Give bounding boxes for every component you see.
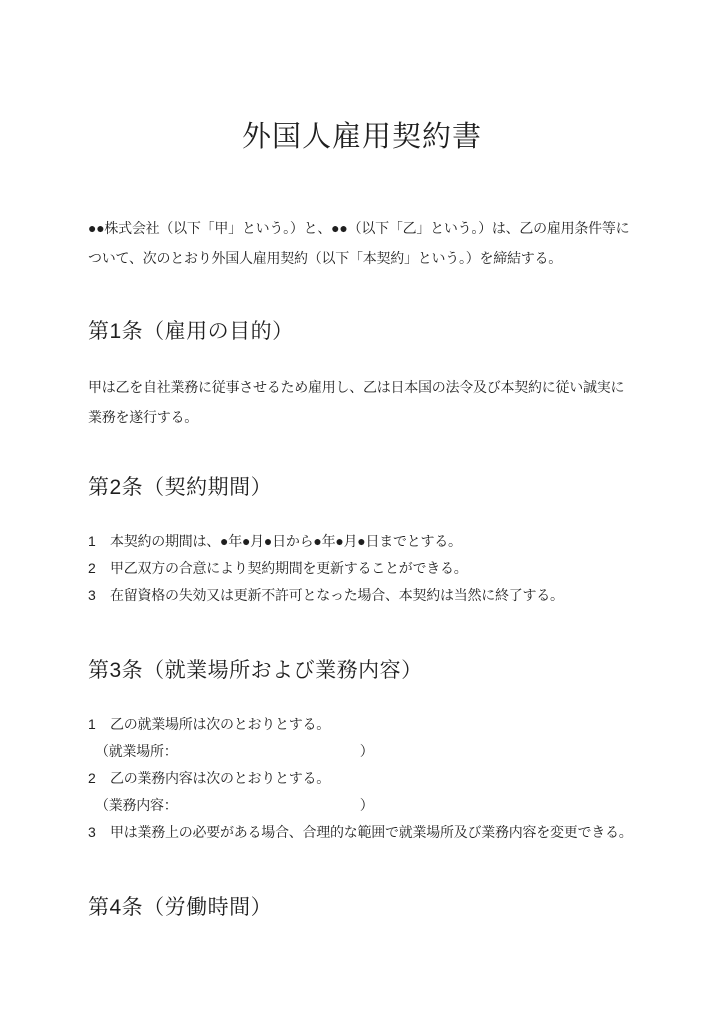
clause-item: 2 甲乙双方の合意により契約期間を更新することができる。	[88, 555, 636, 582]
clause-text: 乙の就業場所は次のとおりとする。	[110, 711, 636, 738]
blank-prefix: （業務内容：	[95, 797, 178, 813]
clause-item: 3 在留資格の失効又は更新不許可となった場合、本契約は当然に終了する。	[88, 582, 636, 609]
workplace-fill-in-line: （就業場所： ）	[88, 738, 636, 765]
article-1-employment-purpose: 第1条（雇用の目的） 甲は乙を自社業務に従事させるため雇用し、乙は日本国の法令及…	[88, 318, 636, 432]
article-2-clause-list: 1 本契約の期間は、●年●月●日から●年●月●日までとする。 2 甲乙双方の合意…	[88, 528, 636, 609]
clause-text: 在留資格の失効又は更新不許可となった場合、本契約は当然に終了する。	[110, 582, 636, 609]
clause-number: 1	[88, 711, 102, 738]
blank-suffix: ）	[360, 797, 374, 813]
duties-fill-in-line: （業務内容： ）	[88, 792, 636, 819]
clause-number: 3	[88, 819, 102, 846]
article-1-body: 甲は乙を自社業務に従事させるため雇用し、乙は日本国の法令及び本契約に従い誠実に業…	[88, 372, 636, 432]
article-3-workplace-duties: 第3条（就業場所および業務内容） 1 乙の就業場所は次のとおりとする。 （就業場…	[88, 657, 636, 846]
article-2-contract-period: 第2条（契約期間） 1 本契約の期間は、●年●月●日から●年●月●日までとする。…	[88, 474, 636, 609]
blank-suffix: ）	[360, 743, 374, 759]
blank-space	[181, 809, 356, 810]
article-3-heading: 第3条（就業場所および業務内容）	[88, 657, 636, 685]
article-3-clause-list: 1 乙の就業場所は次のとおりとする。 （就業場所： ） 2 乙の業務内容は次のと…	[88, 711, 636, 846]
clause-number: 2	[88, 555, 102, 582]
clause-item: 2 乙の業務内容は次のとおりとする。	[88, 765, 636, 792]
clause-item: 1 本契約の期間は、●年●月●日から●年●月●日までとする。	[88, 528, 636, 555]
clause-text: 甲乙双方の合意により契約期間を更新することができる。	[110, 555, 636, 582]
clause-text: 乙の業務内容は次のとおりとする。	[110, 765, 636, 792]
article-4-heading: 第4条（労働時間）	[88, 894, 636, 922]
clause-text: 本契約の期間は、●年●月●日から●年●月●日までとする。	[110, 528, 636, 555]
clause-number: 2	[88, 765, 102, 792]
intro-paragraph: ●●株式会社（以下「甲」という。）と、●●（以下「乙」という。）は、乙の雇用条件…	[88, 213, 636, 273]
blank-prefix: （就業場所：	[95, 743, 178, 759]
article-2-heading: 第2条（契約期間）	[88, 474, 636, 502]
blank-space	[181, 755, 356, 756]
clause-item: 1 乙の就業場所は次のとおりとする。	[88, 711, 636, 738]
clause-number: 3	[88, 582, 102, 609]
clause-text: 甲は業務上の必要がある場合、合理的な範囲で就業場所及び業務内容を変更できる。	[110, 819, 636, 846]
contract-document-page: 外国人雇用契約書 ●●株式会社（以下「甲」という。）と、●●（以下「乙」という。…	[0, 0, 724, 1024]
clause-item: 3 甲は業務上の必要がある場合、合理的な範囲で就業場所及び業務内容を変更できる。	[88, 819, 636, 846]
clause-number: 1	[88, 528, 102, 555]
article-1-heading: 第1条（雇用の目的）	[88, 318, 636, 346]
document-title: 外国人雇用契約書	[88, 118, 636, 156]
article-4-working-hours: 第4条（労働時間）	[88, 894, 636, 922]
